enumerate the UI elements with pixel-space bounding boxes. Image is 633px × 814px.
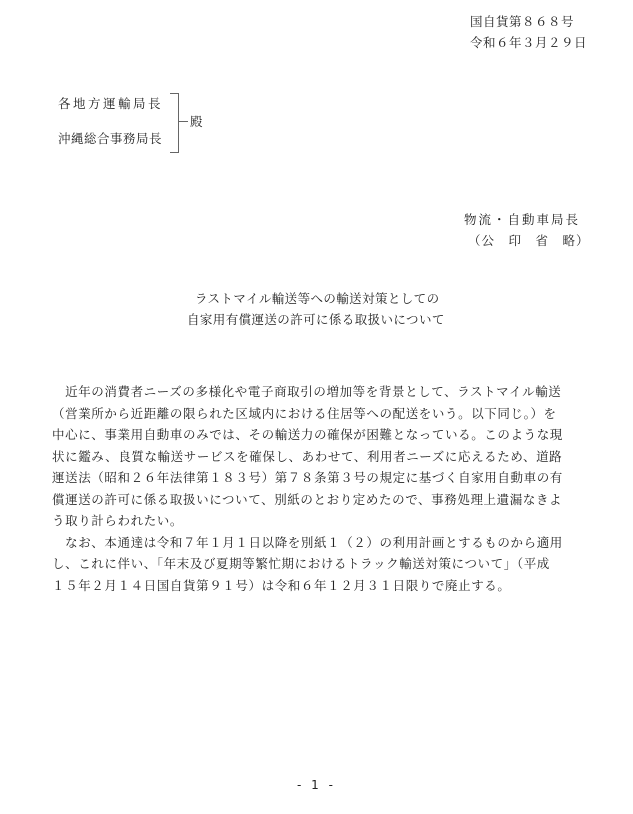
document-number: 国自貨第８６８号 [470, 14, 574, 30]
document-date: 令和６年３月２９日 [470, 35, 587, 51]
body-line: 償運送の許可に係る取扱いについて、別紙のとおり定めたので、事務処理上遺漏なきよ [52, 489, 592, 511]
page-number: - 1 - [0, 778, 633, 792]
body-line: う取り計らわれたい。 [52, 510, 592, 532]
addressee-bracket [170, 93, 179, 153]
body-paragraphs: 近年の消費者ニーズの多様化や電子商取引の増加等を背景として、ラストマイル輸送 （… [52, 381, 592, 596]
title-line-2: 自家用有償運送の許可に係る取扱いについて [187, 312, 445, 328]
body-line: 状に鑑み、良質な輸送サービスを確保し、あわせて、利用者ニーズに応えるため、道路 [52, 446, 592, 468]
body-line: なお、本通達は令和７年１月１日以降を別紙１（２）の利用計画とするものから適用 [52, 532, 592, 554]
body-line: 近年の消費者ニーズの多様化や電子商取引の増加等を背景として、ラストマイル輸送 [52, 381, 592, 403]
honorific: 殿 [190, 114, 203, 130]
document-page: 国自貨第８６８号 令和６年３月２９日 各地方運輸局長 沖縄総合事務局長 殿 物流… [0, 0, 633, 814]
addressee-okinawa-office: 沖縄総合事務局長 [58, 131, 162, 147]
body-line: し、これに伴い、「年末及び夏期等繁忙期におけるトラック輸送対策について」（平成 [52, 553, 592, 575]
title-line-1: ラストマイル輸送等への輸送対策としての [195, 291, 439, 307]
addressee-bracket-tick [178, 121, 188, 122]
body-line: （営業所から近距離の限られた区域内における住居等への配送をいう。以下同じ。）を [52, 403, 592, 425]
body-line: １５年２月１４日国自貨第９１号）は令和６年１２月３１日限りで廃止する。 [52, 575, 592, 597]
body-line: 運送法（昭和２６年法律第１８３号）第７８条第３号の規定に基づく自家用自動車の有 [52, 467, 592, 489]
body-line: 中心に、事業用自動車のみでは、その輸送力の確保が困難となっている。このような現 [52, 424, 592, 446]
sender-office: 物流・自動車局長 [464, 212, 580, 228]
seal-omitted-note: （公 印 省 略） [468, 233, 590, 249]
addressee-regional-bureaus: 各地方運輸局長 [58, 96, 163, 112]
